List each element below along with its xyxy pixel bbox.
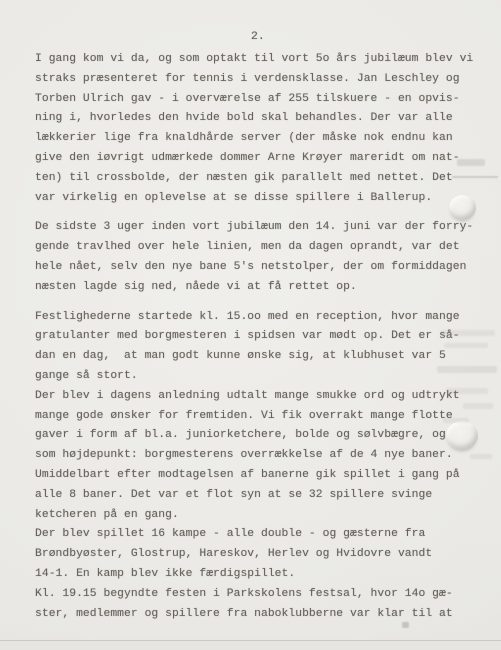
ghost-ink-smudge: [452, 176, 498, 178]
text-line: gange så stort.: [35, 367, 490, 387]
page-number: 2.: [251, 31, 265, 43]
paper-emboss-mark: [446, 421, 478, 450]
paragraph: Der blev spillet 16 kampe - alle double …: [35, 525, 490, 584]
paragraph: Der blev i dagens anledning udtalt mange…: [35, 387, 490, 526]
paragraph: De sidste 3 uger inden vort jubilæum den…: [35, 218, 490, 297]
text-line: var virkelig en oplevelse at se disse sp…: [35, 189, 490, 209]
text-line: hele nået, selv den nye bane 5's netstol…: [35, 258, 490, 278]
text-line: give den iøvrigt udmærkede dommer Arne K…: [35, 149, 490, 169]
text-line: som højdepunkt: borgmesterens overrækkel…: [35, 446, 490, 466]
paragraph: I gang kom vi da, og som optakt til vort…: [35, 50, 490, 208]
ghost-ink-smudge: [463, 403, 493, 409]
ghost-ink-smudge: [470, 454, 492, 459]
text-line: ning i, hvorledes den hvide bold skal be…: [35, 109, 490, 129]
text-line: næsten lagde sig ned, nåede vi at få ret…: [35, 278, 490, 298]
paragraph: Kl. 19.15 begyndte festen i Parkskolens …: [35, 585, 490, 625]
ghost-ink-smudge: [437, 366, 497, 373]
ghost-ink-smudge: [441, 330, 495, 336]
text-line: De sidste 3 uger inden vort jubilæum den…: [35, 218, 490, 238]
text-line: lækkerier lige fra knaldhårde server (de…: [35, 129, 490, 149]
text-line: Umiddelbart efter modtagelsen af banerne…: [35, 466, 490, 486]
text-line: gende travlhed over hele linien, men da …: [35, 238, 490, 258]
text-line: I gang kom vi da, og som optakt til vort…: [35, 50, 490, 70]
text-line: 14-1. En kamp blev ikke færdigspillet.: [35, 565, 490, 585]
text-line: Festlighederne startede kl. 15.oo med en…: [35, 308, 490, 328]
text-line: ketcheren på en gang.: [35, 506, 490, 526]
ghost-ink-smudge: [446, 388, 488, 394]
ghost-ink-smudge: [444, 343, 488, 348]
text-line: ten) til crossbolde, der næsten gik para…: [35, 169, 490, 189]
paper-emboss-mark: [449, 195, 476, 220]
text-line: ster, medlemmer og spillere fra naboklub…: [35, 605, 490, 625]
text-line: dan en dag, at man godt kunne ønske sig,…: [35, 347, 490, 367]
ink-speck: [402, 622, 409, 628]
text-line: Der blev i dagens anledning udtalt mange…: [35, 387, 490, 407]
ghost-ink-smudge: [457, 159, 485, 166]
text-line: Kl. 19.15 begyndte festen i Parkskolens …: [35, 585, 490, 605]
text-line: Torben Ulrich gav - i overværelse af 255…: [35, 90, 490, 110]
ghost-ink-smudge: [443, 418, 469, 423]
text-line: Brøndbyøster, Glostrup, Hareskov, Herlev…: [35, 545, 490, 565]
text-line: Der blev spillet 16 kampe - alle double …: [35, 525, 490, 545]
text-line: mange gode ønsker for fremtiden. Vi fik …: [35, 407, 490, 427]
scanned-page: 2. I gang kom vi da, og som optakt til v…: [0, 0, 501, 650]
text-line: straks præsenteret for tennis i verdensk…: [35, 70, 490, 90]
text-line: alle 8 baner. Det var et flot syn at se …: [35, 486, 490, 506]
text-line: gaver i form af bl.a. juniorketchere, bo…: [35, 426, 490, 446]
text-body: I gang kom vi da, og som optakt til vort…: [35, 50, 490, 624]
paragraph: Festlighederne startede kl. 15.oo med en…: [35, 308, 490, 387]
text-line: gratulanter med borgmesteren i spidsen v…: [35, 327, 490, 347]
paper-bottom-edge: [0, 640, 501, 650]
